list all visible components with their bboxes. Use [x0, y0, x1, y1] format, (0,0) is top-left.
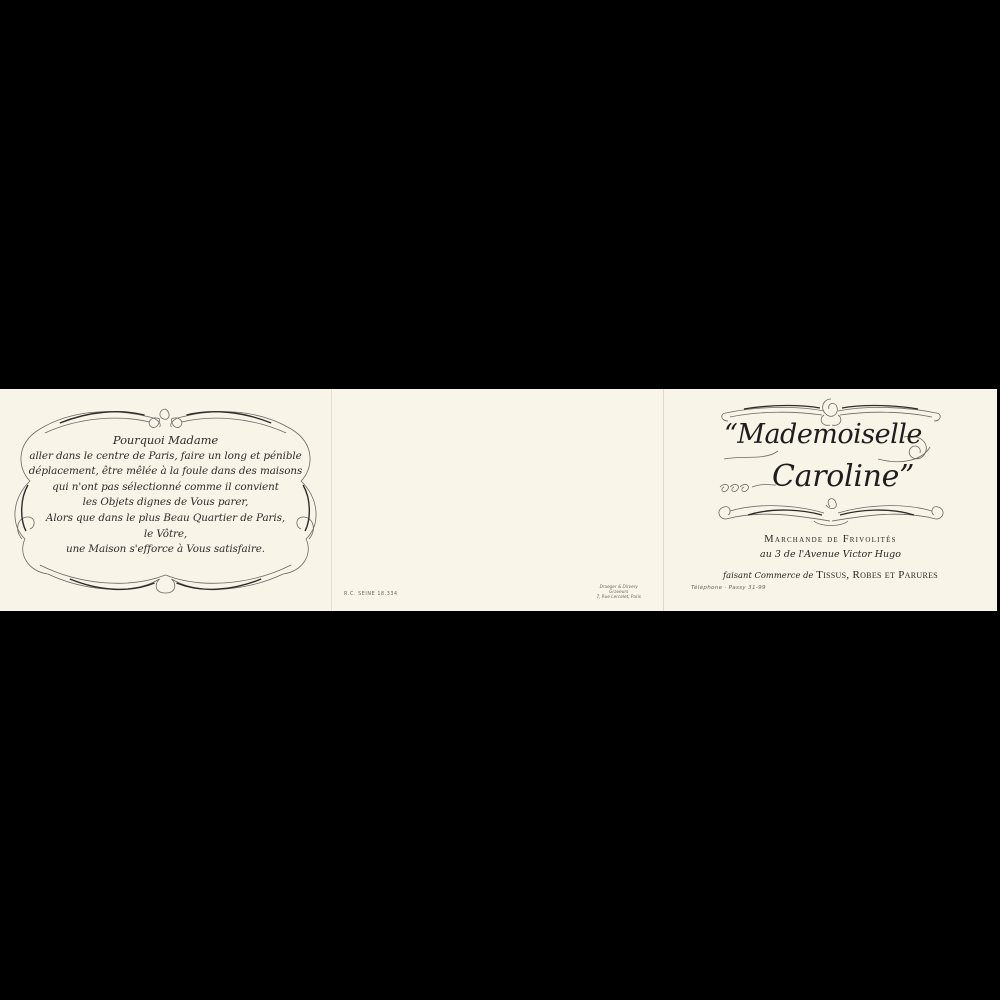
trade-description: faisant Commerce de Tissus, Robes et Par… — [664, 563, 997, 582]
poem-line: aller dans le centre de Paris, faire un … — [22, 449, 309, 465]
poem-line: une Maison s'efforce à Vous satisfaire. — [22, 542, 309, 558]
poem-line: Pourquoi Madame — [22, 433, 309, 449]
trade-goods: Tissus, Robes et Parures — [816, 569, 938, 581]
registration-imprint: R.C. SEINE 18.334 — [344, 592, 398, 597]
poem-line: qui n'ont pas sélectionné comme il convi… — [22, 480, 309, 496]
business-name-line1: “Mademoiselle — [724, 419, 922, 450]
trade-card: Pourquoi Madame aller dans le centre de … — [0, 389, 997, 611]
poem-line: les Objets dignes de Vous parer, — [22, 495, 309, 511]
poem-line: déplacement, être mêlée à la foule dans … — [22, 464, 309, 480]
telephone-number: Téléphone · Passy 31-99 — [691, 585, 766, 591]
poem-text: Pourquoi Madame aller dans le centre de … — [22, 433, 309, 558]
poem-line: Alors que dans le plus Beau Quartier de … — [22, 511, 309, 527]
poem-line: le Vôtre, — [22, 527, 309, 543]
trade-lead: faisant Commerce de — [723, 570, 816, 580]
merchant-title: Marchande de Frivolités — [664, 534, 997, 545]
engraver-line: 7, Rue Lercelet, Paris — [596, 594, 641, 599]
shop-address: au 3 de l'Avenue Victor Hugo — [664, 549, 997, 560]
engraver-imprint: Draeger & Dirvery Graveurs 7, Rue Lercel… — [596, 584, 641, 599]
middle-panel: R.C. SEINE 18.334 Draeger & Dirvery Grav… — [332, 389, 664, 611]
business-name-line2: Caroline” — [772, 459, 914, 494]
right-panel: “Mademoiselle Caroline” Marchande de Fri… — [664, 389, 997, 611]
left-panel: Pourquoi Madame aller dans le centre de … — [0, 389, 332, 611]
